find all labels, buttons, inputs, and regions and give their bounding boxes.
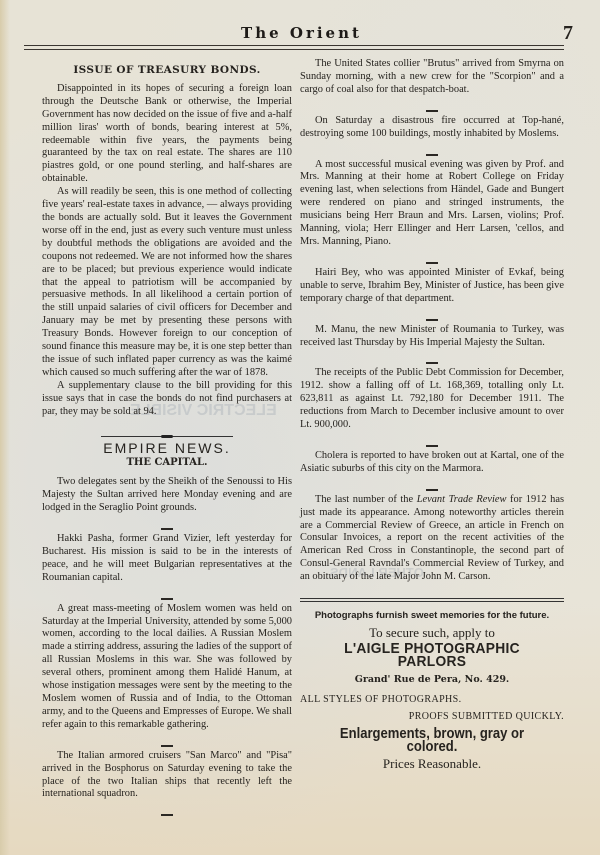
item-divider	[42, 739, 292, 743]
item-divider	[300, 439, 564, 443]
item-divider	[300, 483, 564, 487]
treasury-heading: ISSUE OF TREASURY BONDS.	[42, 64, 292, 77]
ad-proofs: PROOFS SUBMITTED QUICKLY.	[300, 711, 564, 724]
page-number: 7	[563, 22, 573, 45]
ad-prices: Prices Reasonable.	[300, 758, 564, 771]
photography-advertisement: Photographs furnish sweet memories for t…	[300, 610, 564, 771]
treasury-paragraph: Disappointed in its hopes of securing a …	[42, 83, 292, 186]
news-item: The Italian armored cruisers "San Marco"…	[42, 750, 292, 802]
news-item: Hairi Bey, who was appointed Minister of…	[300, 267, 564, 306]
empire-news-title: EMPIRE NEWS.	[42, 442, 292, 455]
news-item: A great mass-meeting of Moslem women was…	[42, 603, 292, 732]
item-divider	[42, 808, 292, 812]
right-column: The United States collier "Brutus" arriv…	[300, 58, 564, 771]
news-item: A most successful musical evening was gi…	[300, 159, 564, 249]
news-item: The receipts of the Public Debt Commissi…	[300, 367, 564, 432]
news-item: On Saturday a disastrous fire occurred a…	[300, 115, 564, 141]
ad-business-name: L'AIGLE PHOTOGRAPHIC PARLORS	[311, 643, 554, 669]
levant-text-after: for 1912 has just made its appearance. A…	[300, 494, 564, 582]
item-divider	[300, 148, 564, 152]
item-divider	[300, 104, 564, 108]
page-edge-shadow	[0, 0, 10, 855]
left-column: ISSUE OF TREASURY BONDS. Disappointed in…	[42, 58, 292, 819]
ad-enlargements: Enlargements, brown, gray or colored.	[313, 728, 551, 754]
section-ornament	[42, 430, 292, 436]
news-item: M. Manu, the new Minister of Roumania to…	[300, 324, 564, 350]
newspaper-page: ELECTRIC VISIBLE OTHER LANDS The Orient …	[0, 0, 600, 855]
treasury-paragraph: As will readily be seen, this is one met…	[42, 186, 292, 380]
item-divider	[300, 256, 564, 260]
news-item: Cholera is reported to have broken out a…	[300, 450, 564, 476]
advertisement-rule	[300, 598, 564, 602]
ad-styles: ALL STYLES OF PHOTOGRAPHS.	[300, 694, 564, 707]
treasury-paragraph: A supplementary clause to the bill provi…	[42, 380, 292, 419]
item-divider	[42, 522, 292, 526]
masthead-rule	[24, 45, 564, 50]
levant-publication-title: Levant Trade Review	[417, 494, 507, 505]
ad-address: Grand' Rue de Pera, No. 429.	[300, 674, 564, 687]
ad-tagline: Photographs furnish sweet memories for t…	[300, 610, 564, 623]
publication-title: The Orient	[24, 24, 579, 42]
ad-intro: To secure such, apply to	[300, 627, 564, 640]
capital-subheading: THE CAPITAL.	[42, 457, 292, 470]
news-item: Two delegates sent by the Sheikh of the …	[42, 476, 292, 515]
item-divider	[42, 592, 292, 596]
news-item: Hakki Pasha, former Grand Vizier, left y…	[42, 533, 292, 585]
news-item: The United States collier "Brutus" arriv…	[300, 58, 564, 97]
item-divider	[300, 356, 564, 360]
item-divider	[300, 313, 564, 317]
levant-text-before: The last number of the	[315, 494, 417, 505]
levant-item: The last number of the Levant Trade Revi…	[300, 494, 564, 584]
